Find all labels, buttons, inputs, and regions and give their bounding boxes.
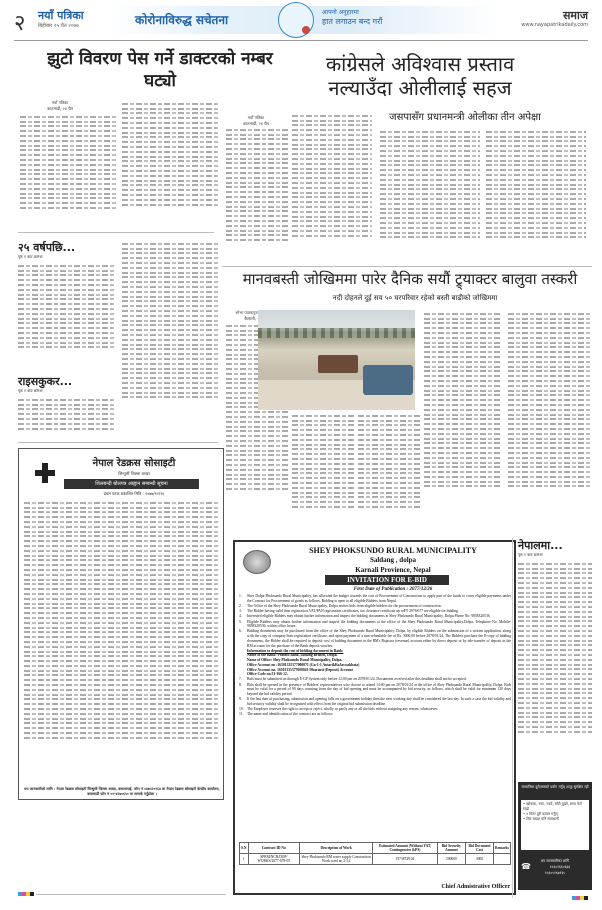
no-touch-face-icon — [278, 2, 314, 38]
article-body — [226, 126, 288, 264]
headline-25-years: २५ वर्षपछि... — [18, 240, 75, 255]
ad-phone-2: १८६०५१६७१३५ — [521, 870, 589, 876]
divider — [36, 894, 226, 895]
article-body — [358, 412, 420, 532]
tender-publication-date: First Date of Publication : 2077/12/26 — [275, 587, 511, 592]
continued-from: पृष्ठ १ बाट क्रमशः — [518, 552, 578, 558]
clause-number: 4. — [239, 614, 247, 619]
table-header-row: S.N Contract ID No Description of Work E… — [240, 843, 511, 854]
divider — [18, 442, 218, 443]
clause-number: 1. — [239, 594, 247, 603]
tender-clause: 1.Shey Dolpa Phoksundo Rural Municipalit… — [239, 594, 511, 603]
tender-clause: 3.The Bidder having valid firm registrat… — [239, 609, 511, 614]
clause-number: 2. — [239, 604, 247, 609]
ad-bullets: • खोकला, रुघा, ज्वरो, घाँटी दुख्ने, सास … — [521, 800, 589, 850]
color-registration-mark — [572, 896, 588, 900]
clause-number: 5. — [239, 620, 247, 629]
clause-text: The Bidder having valid firm registratio… — [247, 609, 511, 614]
article-body — [292, 412, 354, 532]
article-body — [18, 396, 116, 438]
cell-contract-id: SPRM/NCB/DOP/ WORKS/2077-078-05 — [248, 854, 300, 865]
column-divider — [512, 538, 513, 898]
clause-number: 9. — [239, 697, 247, 706]
continued-from: पृष्ठ १ बाट क्रमशः — [18, 388, 78, 394]
tender-title: INVITATION FOR E-BID — [325, 575, 449, 585]
article-body — [20, 113, 118, 225]
col-contract-id: Contract ID No — [248, 843, 300, 854]
covid-awareness-ad: सामाजिक दूरी/मास्को प्रयोग गर्नुस् आफू स… — [518, 782, 592, 890]
headline-fake-doctors: झुटो विवरण पेस गर्ने डाक्टरको नम्बर घट्य… — [40, 48, 280, 92]
headline-jaspa: जसपासँग प्रधानमन्त्री ओलीका तीन अपेक्षा — [350, 112, 580, 124]
clause-number: 3. — [239, 609, 247, 614]
divider — [18, 232, 214, 233]
tender-clause: 5.Eligible Bidders may obtain further in… — [239, 620, 511, 629]
cell-remarks — [493, 854, 510, 865]
col-estimated-amount: Estimated Amount (Without VAT, Contingen… — [373, 843, 438, 854]
clause-text: Shey Dolpa Phoksundo Rural Municipality,… — [247, 594, 511, 603]
col-document-cost: Bid Document Cost — [466, 843, 494, 854]
redcross-notice-body — [24, 499, 220, 789]
red-cross-icon — [35, 463, 55, 483]
article-body — [18, 262, 116, 370]
clause-text: The name and identification of the contr… — [247, 712, 511, 717]
slogan-line-1: आफ्नो अनुहारमा — [322, 8, 382, 17]
bank-info: Information to deposit the cost of biddi… — [239, 649, 511, 677]
dateline: काठमाडौं, २४ चैत — [20, 106, 100, 112]
website-link[interactable]: www.nayapatrikadaily.com — [521, 22, 588, 28]
divider — [222, 266, 592, 267]
tender-province: Karnali Provience, Nepal — [275, 566, 511, 574]
clause-text: Bids must be submitted on through E-GP S… — [247, 677, 511, 682]
table-row: 1 SPRM/NCB/DOP/ WORKS/2077-078-05 Shey P… — [240, 854, 511, 865]
tender-clause: 6.Bidding documents may be purchased fro… — [239, 629, 511, 648]
office-code: Office Code no.53-366-12. — [239, 672, 511, 677]
tender-clause: 2.The Office of the Shey Phoksundo Rural… — [239, 604, 511, 609]
clause-text: Bidding documents may be purchased from … — [247, 629, 511, 648]
col-description: Description of Work — [300, 843, 373, 854]
ad-bullet: • सिट राख्दा पनि सावधानी — [523, 817, 587, 822]
article-body — [380, 128, 480, 264]
ad-bullet: • खोकला, रुघा, ज्वरो, घाँटी दुख्ने, सास … — [523, 802, 587, 812]
tender-clause: 9.If the last date of purchasing, submis… — [239, 697, 511, 706]
redcross-publish-date: प्रथम पटक प्रकाशित मिति : २०७७/१२/२६ — [69, 491, 199, 497]
contract-table: S.N Contract ID No Description of Work E… — [239, 842, 511, 865]
ad-phones: थप जानकारीका लागि ☎ १८६०१६६०६६६ १८६०५१६७… — [521, 858, 589, 876]
redcross-branch: सिन्धुली जिल्ला शाखा — [69, 471, 199, 477]
tender-clause: 11.The name and identification of the co… — [239, 712, 511, 717]
color-registration-mark — [18, 892, 34, 896]
campaign-slogan: आफ्नो अनुहारमा हात लगाउन बन्द गरौं — [322, 8, 382, 26]
article-body — [122, 100, 220, 225]
section-name: समाज — [563, 8, 588, 23]
masthead: नयाँ पत्रिका बिहीबार २५ चैत २०७७ — [38, 8, 84, 29]
headline-rice-cooker: राइसकुकर... — [18, 374, 72, 389]
issue-date: बिहीबार २५ चैत २०७७ — [38, 23, 84, 29]
slogan-line-2: हात लगाउन बन्द गरौं — [322, 17, 382, 26]
article-body — [122, 240, 220, 436]
tender-clauses: 1.Shey Dolpa Phoksundo Rural Municipalit… — [239, 594, 511, 718]
col-remarks: Remarks — [493, 843, 510, 854]
redcross-notice-title: शिलबन्दी बोलपत्र आह्वान सम्बन्धी सूचना — [64, 479, 199, 489]
headline-congress: कांग्रेसले अविश्वास प्रस्ताव नल्याउँदा ओ… — [300, 52, 540, 100]
col-bid-security: Bid Security Amount — [437, 843, 465, 854]
sand-tractor-photo — [258, 310, 415, 410]
clause-text: The Office of the Shey Phoksundo Rural M… — [247, 604, 511, 609]
article-body — [424, 310, 502, 532]
e-bid-tender-notice: SHEY PHOKSUNDO RURAL MUNICIPALITY Saldan… — [233, 540, 516, 895]
continued-from: पृष्ठ १ बाट क्रमशः — [18, 254, 78, 260]
col-sn: S.N — [240, 843, 249, 854]
cell-bid-security: 500000 — [437, 854, 465, 865]
clause-text: If the last date of purchasing, submissi… — [247, 697, 511, 706]
page-header: २ नयाँ पत्रिका बिहीबार २५ चैत २०७७ कोरोन… — [0, 0, 602, 40]
clause-number: 10. — [239, 707, 247, 712]
campaign-title: कोरोनाविरुद्ध सचेतना — [135, 11, 228, 28]
headline-sand-smuggling: मानवबस्ती जोखिममा पारेर दैनिक सयौं ट्र्य… — [225, 270, 595, 288]
byline: नयाँ पत्रिका काठमाडौं, २४ चैत — [20, 100, 100, 112]
tender-location: Saldang , dolpa — [275, 556, 511, 564]
article-body — [518, 560, 592, 774]
cell-estimated-amount: 19738729.04 — [373, 854, 438, 865]
page-number: २ — [14, 7, 25, 37]
clause-text: Eligible Bidders may obtain further info… — [247, 620, 511, 629]
tender-clause: 10.The Employer reserves the right to ac… — [239, 707, 511, 712]
clause-number: 8. — [239, 683, 247, 697]
clause-number: 6. — [239, 629, 247, 648]
cell-document-cost: 3000 — [466, 854, 494, 865]
tender-clause: 8.Bids shall be opened in the presence o… — [239, 683, 511, 697]
clause-text: Interested eligible Bidders may obtain f… — [247, 614, 511, 619]
headline-nepal: नेपालमा... — [518, 538, 563, 553]
article-body — [508, 310, 590, 532]
nepal-emblem-icon — [243, 550, 271, 574]
subheadline-sand-smuggling: नदी दोहनले दुई सय ५० घरपरिवार रहेको बस्त… — [290, 294, 540, 303]
article-body — [486, 128, 586, 264]
clause-text: Bids shall be opened in the presence of … — [247, 683, 511, 697]
redcross-contact: थप जानकारीको लागि : नेपाल रेडक्रस सोसाइट… — [24, 787, 220, 797]
tender-clause: 4.Interested eligible Bidders may obtain… — [239, 614, 511, 619]
header-divider — [14, 40, 588, 41]
clause-text: The Employer reserves the right to accep… — [247, 707, 511, 712]
cell-sn: 1 — [240, 854, 249, 865]
redcross-org-name: नेपाल रेडक्रस सोसाइटी — [69, 455, 199, 469]
phone-icon: ☎ — [521, 864, 531, 870]
clause-number: 11. — [239, 712, 247, 717]
ad-heading: सामाजिक दूरी/मास्को प्रयोग गर्नुस् आफू स… — [520, 785, 590, 790]
paper-name: नयाँ पत्रिका — [38, 8, 84, 23]
redcross-tender-ad: नेपाल रेडक्रस सोसाइटी सिन्धुली जिल्ला शा… — [18, 448, 224, 800]
tender-clause: 7.Bids must be submitted on through E-GP… — [239, 677, 511, 682]
tender-organization: SHEY PHOKSUNDO RURAL MUNICIPALITY — [275, 546, 511, 555]
cell-description: Shey Phoksundo RM water supply Construct… — [300, 854, 373, 865]
clause-number: 7. — [239, 677, 247, 682]
tender-signature: Chief Admistrative Officer — [441, 884, 510, 890]
article-body — [292, 112, 372, 264]
